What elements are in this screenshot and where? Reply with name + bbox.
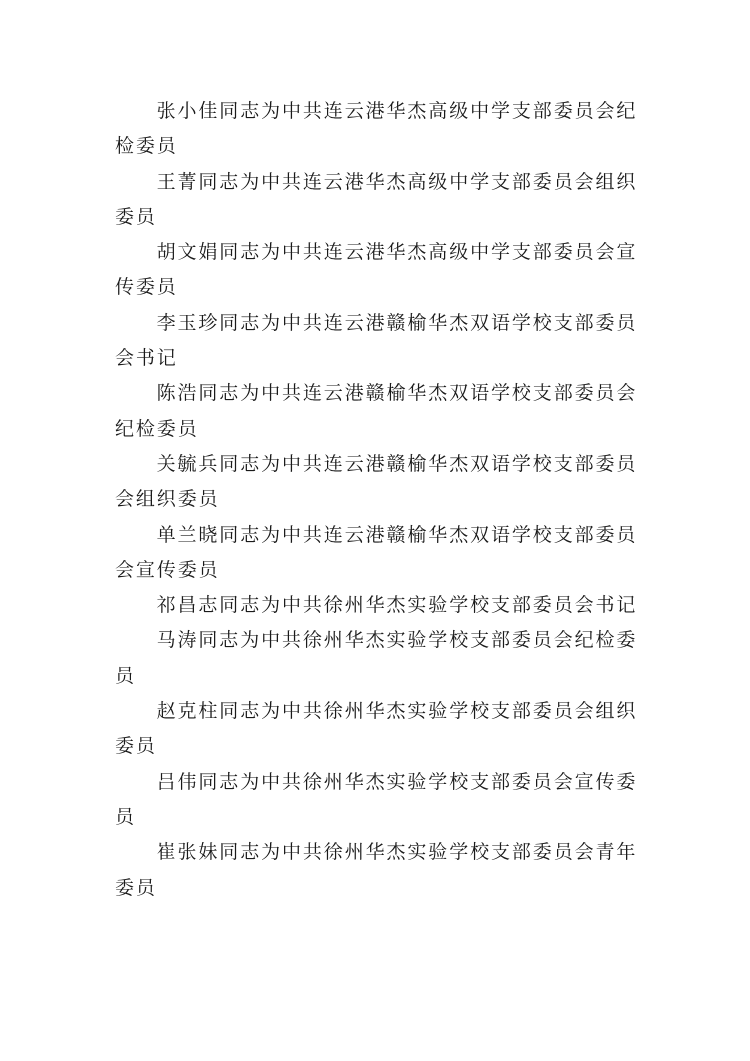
document-body: 张小佳同志为中共连云港华杰高级中学支部委员会纪检委员 王菁同志为中共连云港华杰高…: [115, 94, 640, 906]
appointment-paragraph: 张小佳同志为中共连云港华杰高级中学支部委员会纪检委员: [115, 94, 640, 165]
appointment-paragraph: 李玉珍同志为中共连云港赣榆华杰双语学校支部委员会书记: [115, 306, 640, 377]
appointment-paragraph: 陈浩同志为中共连云港赣榆华杰双语学校支部委员会纪检委员: [115, 376, 640, 447]
appointment-paragraph: 胡文娟同志为中共连云港华杰高级中学支部委员会宣传委员: [115, 235, 640, 306]
appointment-paragraph: 崔张妹同志为中共徐州华杰实验学校支部委员会青年委员: [115, 835, 640, 906]
appointment-paragraph: 王菁同志为中共连云港华杰高级中学支部委员会组织委员: [115, 165, 640, 236]
appointment-paragraph: 吕伟同志为中共徐州华杰实验学校支部委员会宣传委员: [115, 765, 640, 836]
appointment-paragraph: 关毓兵同志为中共连云港赣榆华杰双语学校支部委员会组织委员: [115, 447, 640, 518]
appointment-paragraph: 马涛同志为中共徐州华杰实验学校支部委员会纪检委员: [115, 623, 640, 694]
appointment-paragraph: 祁昌志同志为中共徐州华杰实验学校支部委员会书记: [115, 588, 640, 623]
appointment-paragraph: 单兰晓同志为中共连云港赣榆华杰双语学校支部委员会宣传委员: [115, 518, 640, 589]
appointment-paragraph: 赵克柱同志为中共徐州华杰实验学校支部委员会组织委员: [115, 694, 640, 765]
